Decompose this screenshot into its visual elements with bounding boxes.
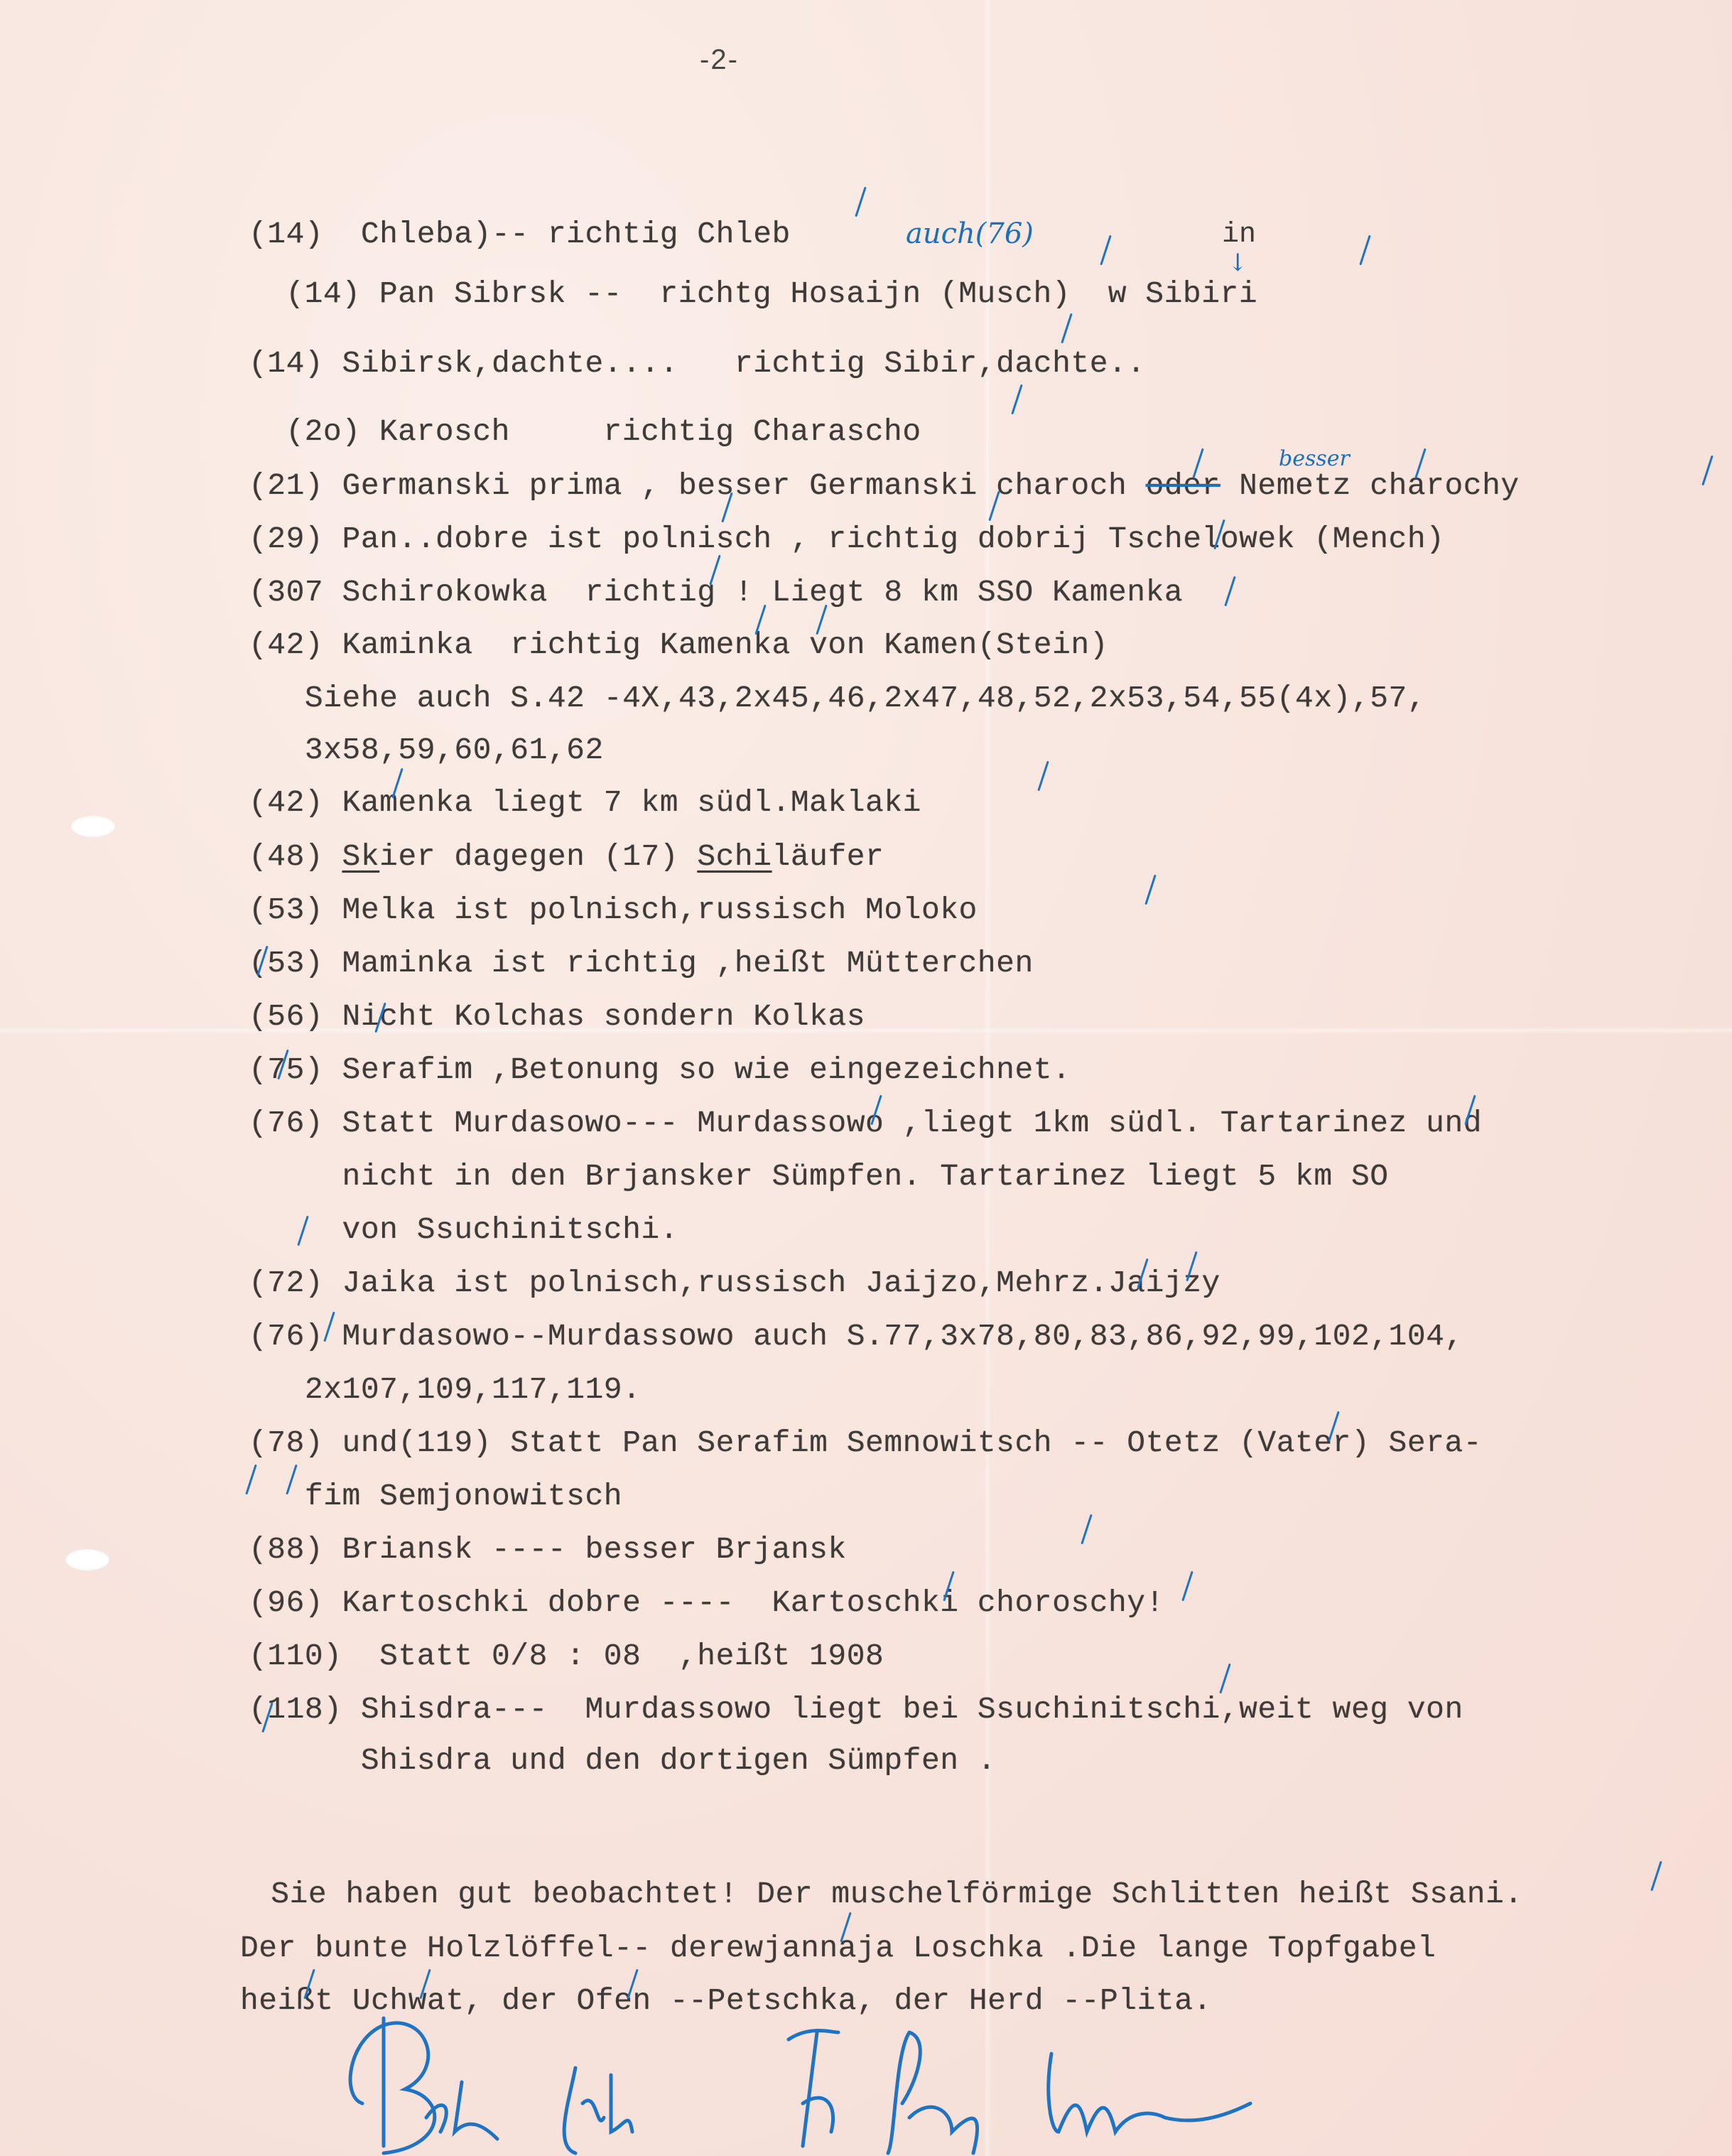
correction-line: (29) Pan..dobre ist polnisch , richtig d… xyxy=(249,521,1444,558)
correction-line: 3x58,59,60,61,62 xyxy=(249,732,604,769)
correction-line: (88) Briansk ---- besser Brjansk xyxy=(249,1531,847,1568)
inserted-word-in: in xyxy=(1222,219,1256,251)
closing-line: Sie haben gut beobachtet! Der muschelför… xyxy=(252,1876,1523,1913)
correction-line: (2o) Karosch richtig Charascho xyxy=(267,414,921,451)
correction-line: (14) Pan Sibrsk -- richtg Hosaijn (Musch… xyxy=(267,276,1257,313)
correction-line: (53) Maminka ist richtig ,heißt Mütterch… xyxy=(249,945,1034,982)
correction-line: (53) Melka ist polnisch,russisch Moloko xyxy=(249,892,978,929)
page-number: -2- xyxy=(700,44,739,76)
correction-line: (75) Serafim ,Betonung so wie eingezeich… xyxy=(249,1052,1071,1089)
punch-hole xyxy=(71,816,115,837)
stress-mark xyxy=(1359,235,1370,266)
stress-mark xyxy=(855,187,866,217)
correction-line: (14) Sibirsk,dachte.... richtig Sibir,da… xyxy=(249,345,1146,382)
correction-line: (76) Murdasowo--Murdassowo auch S.77,3x7… xyxy=(249,1318,1463,1355)
handwritten-signature xyxy=(341,2011,1691,2156)
correction-line: Siehe auch S.42 -4X,43,2x45,46,2x47,48,5… xyxy=(249,680,1426,717)
stress-mark xyxy=(1219,1664,1230,1694)
correction-line: (118) Shisdra--- Murdassowo liegt bei Ss… xyxy=(249,1691,1463,1728)
correction-line: (110) Statt 0/8 : 08 ,heißt 1908 xyxy=(249,1638,884,1675)
correction-line: (96) Kartoschki dobre ---- Kartoschki ch… xyxy=(249,1585,1164,1622)
correction-line: (72) Jaika ist polnisch,russisch Jaijzo,… xyxy=(249,1265,1220,1302)
stress-mark xyxy=(1701,456,1713,486)
stress-mark xyxy=(1081,1514,1092,1545)
stress-mark xyxy=(1144,875,1156,905)
closing-line: Der bunte Holzlöffel-- derewjannaja Losc… xyxy=(240,1930,1436,1967)
struck-word: oder xyxy=(1146,468,1220,503)
correction-line: (56) Nicht Kolchas sondern Kolkas xyxy=(249,998,865,1035)
stress-mark xyxy=(1061,313,1072,344)
stress-mark xyxy=(1650,1861,1662,1892)
stress-mark xyxy=(1181,1571,1193,1602)
correction-line: Shisdra und den dortigen Sümpfen . xyxy=(249,1742,996,1779)
correction-line: nicht in den Brjansker Sümpfen. Tartarin… xyxy=(249,1158,1389,1195)
correction-line: (14) Chleba)-- richtig Chleb xyxy=(249,216,791,253)
stress-mark xyxy=(1224,576,1235,607)
correction-line: (48) Skier dagegen (17) Schiläufer xyxy=(249,839,884,875)
handwritten-note-auch: auch(76) xyxy=(906,217,1034,250)
correction-line: (42) Kaminka richtig Kamenka von Kamen(S… xyxy=(249,627,1108,664)
underlined-text: Sk xyxy=(342,839,380,874)
correction-line: (21) Germanski prima , besser Germanski … xyxy=(249,468,1520,505)
correction-line: (42) Kamenka liegt 7 km südl.Maklaki xyxy=(249,785,921,821)
correction-line: (76) Statt Murdasowo--- Murdassowo ,lieg… xyxy=(249,1105,1482,1142)
correction-line: (307 Schirokowka richtig ! Liegt 8 km SS… xyxy=(249,574,1183,611)
stress-mark xyxy=(1011,384,1022,415)
letter-page: -2- (14) Chleba)-- richtig Chleb (14) Pa… xyxy=(0,0,1732,2156)
handwritten-note-besser: besser xyxy=(1279,446,1350,471)
correction-line: 2x107,109,117,119. xyxy=(249,1371,641,1408)
stress-mark xyxy=(1037,761,1049,792)
correction-line: fim Semjonowitsch xyxy=(249,1478,622,1515)
correction-line: von Ssuchinitschi. xyxy=(249,1212,678,1249)
stress-mark xyxy=(1100,235,1111,266)
correction-line: (78) und(119) Statt Pan Serafim Semnowit… xyxy=(249,1425,1482,1462)
punch-hole xyxy=(65,1549,109,1570)
underlined-text: Schi xyxy=(697,839,772,874)
insert-arrow-icon: ↓ xyxy=(1228,249,1248,277)
